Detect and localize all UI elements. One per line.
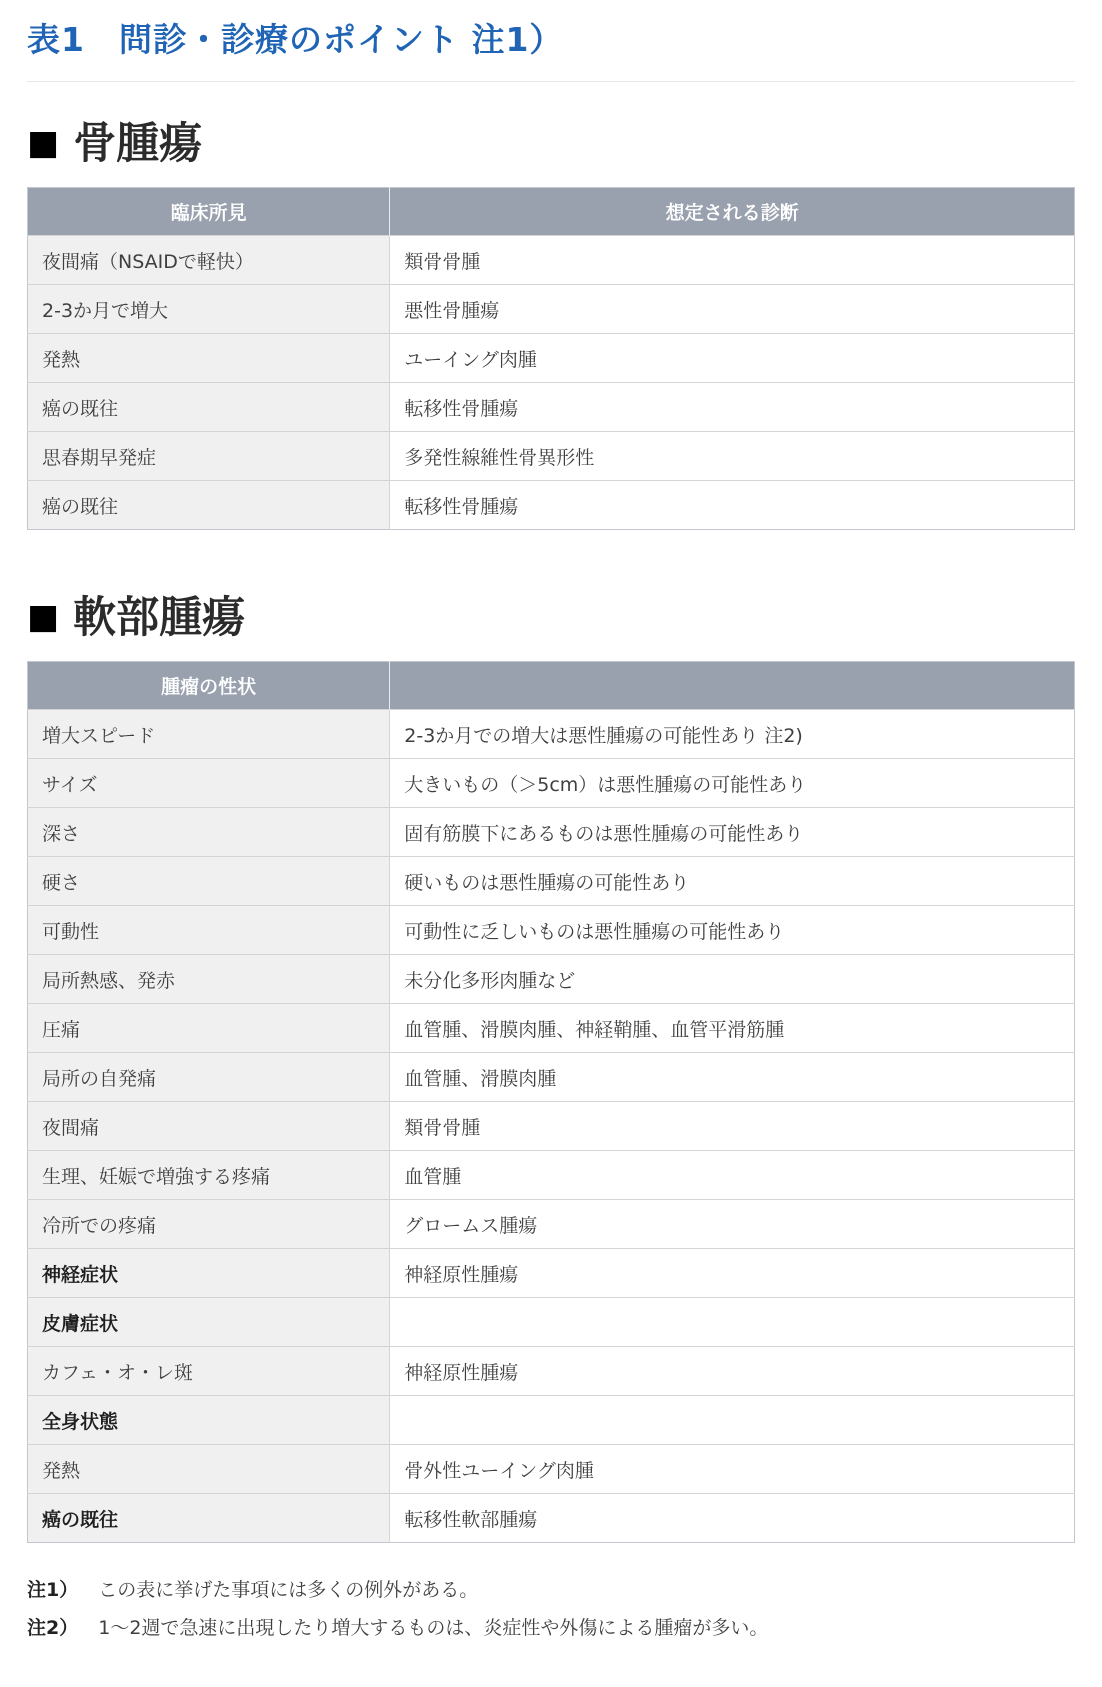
row-value-cell: 2-3か月での増大は悪性腫瘍の可能性あり 注2) <box>390 710 1075 759</box>
row-value-cell: 転移性骨腫瘍 <box>390 383 1075 432</box>
soft-tissue-tumor-table: 腫瘤の性状 増大スピード2-3か月での増大は悪性腫瘍の可能性あり 注2)サイズ大… <box>27 661 1075 1543</box>
row-value-cell <box>390 1298 1075 1347</box>
row-value-cell: 悪性骨腫瘍 <box>390 285 1075 334</box>
row-label-cell: 局所の自発痛 <box>28 1053 390 1102</box>
row-value-cell <box>390 1396 1075 1445</box>
column-header-clinical-findings: 臨床所見 <box>28 188 390 236</box>
table-row: 硬さ硬いものは悪性腫瘍の可能性あり <box>28 857 1075 906</box>
row-label-cell: 深さ <box>28 808 390 857</box>
row-value-cell: 大きいもの（＞5cm）は悪性腫瘍の可能性あり <box>390 759 1075 808</box>
row-value-cell: 可動性に乏しいものは悪性腫瘍の可能性あり <box>390 906 1075 955</box>
table-row: 思春期早発症多発性線維性骨異形性 <box>28 432 1075 481</box>
row-value-cell: 類骨骨腫 <box>390 1102 1075 1151</box>
column-header-mass-characteristics: 腫瘤の性状 <box>28 662 390 710</box>
table-row: 癌の既往転移性骨腫瘍 <box>28 481 1075 530</box>
row-value-cell: 多発性線維性骨異形性 <box>390 432 1075 481</box>
section-heading: ■ 軟部腫瘍 <box>27 584 1075 645</box>
section-heading: ■ 骨腫瘍 <box>27 110 1075 171</box>
footnote-text: この表に挙げた事項には多くの例外がある。 <box>98 1571 478 1609</box>
section-soft-tissue-tumor: ■ 軟部腫瘍 腫瘤の性状 増大スピード2-3か月での増大は悪性腫瘍の可能性あり … <box>27 584 1075 1543</box>
row-value-cell: 転移性骨腫瘍 <box>390 481 1075 530</box>
row-value-cell: 固有筋膜下にあるものは悪性腫瘍の可能性あり <box>390 808 1075 857</box>
row-value-cell: 骨外性ユーイング肉腫 <box>390 1445 1075 1494</box>
row-label-cell: 発熱 <box>28 334 390 383</box>
section-heading-label: 軟部腫瘍 <box>73 584 245 645</box>
square-bullet-icon: ■ <box>27 600 59 634</box>
row-label-cell: 癌の既往 <box>28 1494 390 1543</box>
table-row: 発熱ユーイング肉腫 <box>28 334 1075 383</box>
row-label-cell: 硬さ <box>28 857 390 906</box>
row-value-cell: 神経原性腫瘍 <box>390 1347 1075 1396</box>
footnote-marker: 注1） <box>27 1571 78 1609</box>
row-label-cell: 圧痛 <box>28 1004 390 1053</box>
table-row: 夜間痛（NSAIDで軽快）類骨骨腫 <box>28 236 1075 285</box>
row-value-cell: 神経原性腫瘍 <box>390 1249 1075 1298</box>
table-row: 発熱骨外性ユーイング肉腫 <box>28 1445 1075 1494</box>
row-label-cell: 夜間痛（NSAIDで軽快） <box>28 236 390 285</box>
table-row: 全身状態 <box>28 1396 1075 1445</box>
table-row: 局所熱感、発赤未分化多形肉腫など <box>28 955 1075 1004</box>
row-label-cell: 神経症状 <box>28 1249 390 1298</box>
table-header-row: 臨床所見 想定される診断 <box>28 188 1075 236</box>
title-divider <box>27 81 1075 82</box>
row-label-cell: 癌の既往 <box>28 481 390 530</box>
row-value-cell: 未分化多形肉腫など <box>390 955 1075 1004</box>
footnote-text: 1～2週で急速に出現したり増大するものは、炎症性や外傷による腫瘤が多い。 <box>98 1609 768 1647</box>
row-label-cell: 全身状態 <box>28 1396 390 1445</box>
footnote: 注2） 1～2週で急速に出現したり増大するものは、炎症性や外傷による腫瘤が多い。 <box>27 1609 1075 1647</box>
row-label-cell: 癌の既往 <box>28 383 390 432</box>
row-label-cell: 増大スピード <box>28 710 390 759</box>
row-label-cell: 冷所での疼痛 <box>28 1200 390 1249</box>
row-label-cell: サイズ <box>28 759 390 808</box>
section-bone-tumor: ■ 骨腫瘍 臨床所見 想定される診断 夜間痛（NSAIDで軽快）類骨骨腫2-3か… <box>27 110 1075 530</box>
column-header-presumed-diagnosis: 想定される診断 <box>390 188 1075 236</box>
page: 表1 問診・診療のポイント 注1） ■ 骨腫瘍 臨床所見 想定される診断 夜間痛… <box>0 0 1102 1687</box>
table-row: 増大スピード2-3か月での増大は悪性腫瘍の可能性あり 注2) <box>28 710 1075 759</box>
row-label-cell: 局所熱感、発赤 <box>28 955 390 1004</box>
table-row: カフェ・オ・レ斑神経原性腫瘍 <box>28 1347 1075 1396</box>
page-title: 表1 問診・診療のポイント 注1） <box>27 14 1075 61</box>
row-label-cell: 夜間痛 <box>28 1102 390 1151</box>
table-row: 皮膚症状 <box>28 1298 1075 1347</box>
row-value-cell: 血管腫、滑膜肉腫、神経鞘腫、血管平滑筋腫 <box>390 1004 1075 1053</box>
footnote-marker: 注2） <box>27 1609 78 1647</box>
table-row: 癌の既往転移性軟部腫瘍 <box>28 1494 1075 1543</box>
row-label-cell: 皮膚症状 <box>28 1298 390 1347</box>
table-row: 局所の自発痛血管腫、滑膜肉腫 <box>28 1053 1075 1102</box>
table-row: 夜間痛類骨骨腫 <box>28 1102 1075 1151</box>
bone-tumor-table: 臨床所見 想定される診断 夜間痛（NSAIDで軽快）類骨骨腫2-3か月で増大悪性… <box>27 187 1075 530</box>
table-row: 神経症状神経原性腫瘍 <box>28 1249 1075 1298</box>
square-bullet-icon: ■ <box>27 126 59 160</box>
table-row: 冷所での疼痛グロームス腫瘍 <box>28 1200 1075 1249</box>
table-row: 生理、妊娠で増強する疼痛血管腫 <box>28 1151 1075 1200</box>
row-label-cell: 思春期早発症 <box>28 432 390 481</box>
row-value-cell: 類骨骨腫 <box>390 236 1075 285</box>
row-value-cell: 血管腫、滑膜肉腫 <box>390 1053 1075 1102</box>
table-row: 深さ固有筋膜下にあるものは悪性腫瘍の可能性あり <box>28 808 1075 857</box>
row-value-cell: 硬いものは悪性腫瘍の可能性あり <box>390 857 1075 906</box>
table-row: 可動性可動性に乏しいものは悪性腫瘍の可能性あり <box>28 906 1075 955</box>
row-label-cell: 2-3か月で増大 <box>28 285 390 334</box>
row-value-cell: グロームス腫瘍 <box>390 1200 1075 1249</box>
row-label-cell: 生理、妊娠で増強する疼痛 <box>28 1151 390 1200</box>
column-header-empty <box>390 662 1075 710</box>
row-label-cell: 可動性 <box>28 906 390 955</box>
row-label-cell: カフェ・オ・レ斑 <box>28 1347 390 1396</box>
table-row: 圧痛血管腫、滑膜肉腫、神経鞘腫、血管平滑筋腫 <box>28 1004 1075 1053</box>
footnotes: 注1） この表に挙げた事項には多くの例外がある。 注2） 1～2週で急速に出現し… <box>27 1571 1075 1647</box>
row-label-cell: 発熱 <box>28 1445 390 1494</box>
row-value-cell: 血管腫 <box>390 1151 1075 1200</box>
row-value-cell: ユーイング肉腫 <box>390 334 1075 383</box>
row-value-cell: 転移性軟部腫瘍 <box>390 1494 1075 1543</box>
section-heading-label: 骨腫瘍 <box>73 110 202 171</box>
footnote: 注1） この表に挙げた事項には多くの例外がある。 <box>27 1571 1075 1609</box>
table-row: サイズ大きいもの（＞5cm）は悪性腫瘍の可能性あり <box>28 759 1075 808</box>
table-row: 2-3か月で増大悪性骨腫瘍 <box>28 285 1075 334</box>
table-row: 癌の既往転移性骨腫瘍 <box>28 383 1075 432</box>
table-header-row: 腫瘤の性状 <box>28 662 1075 710</box>
